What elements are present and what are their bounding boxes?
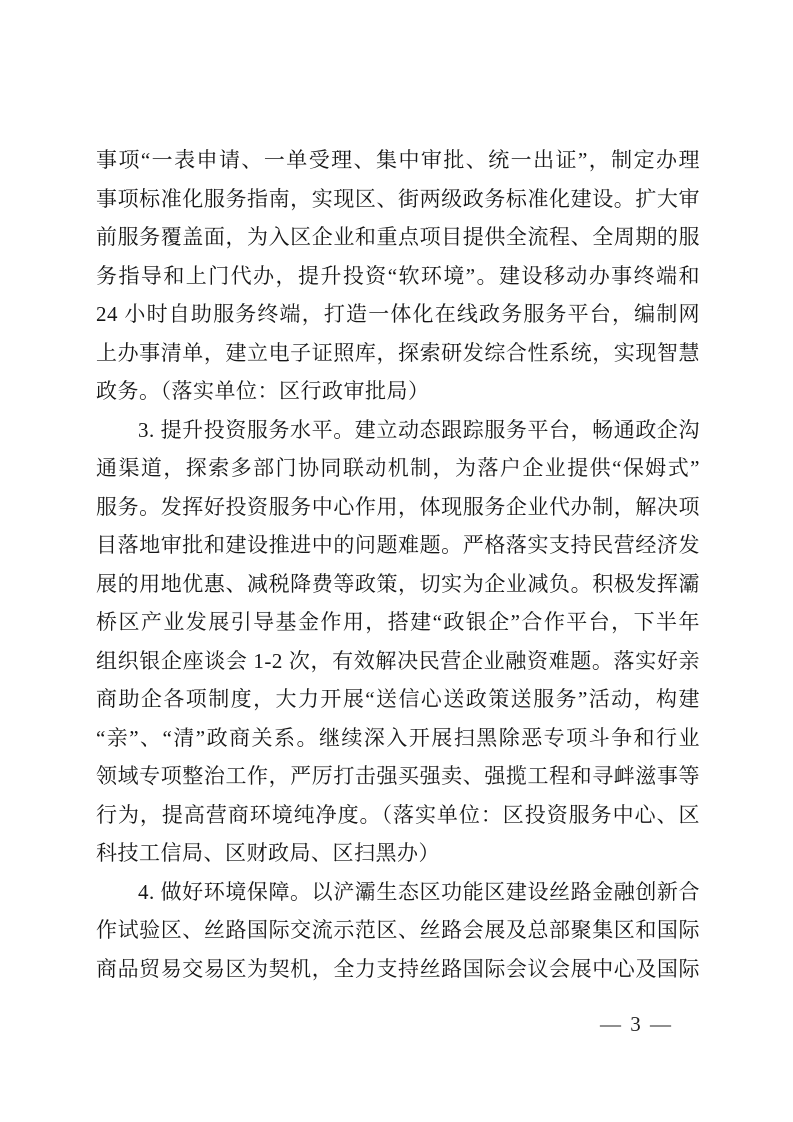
text-line: 务指导和上门代办，提升投资“软环境”。建设移动办事终端和: [96, 257, 700, 296]
text-line: 服务。发挥好投资服务中心作用，体现服务企业代办制，解决项: [96, 488, 700, 527]
text-line: 作试验区、丝路国际交流示范区、丝路会展及总部聚集区和国际: [96, 911, 700, 950]
text-line: 4. 做好环境保障。以浐灞生态区功能区建设丝路金融创新合: [96, 873, 700, 912]
text-line: 事项“一表申请、一单受理、集中审批、统一出证”，制定办理: [96, 141, 700, 180]
text-line: 上办事清单，建立电子证照库，探索研发综合性系统，实现智慧: [96, 334, 700, 373]
text-line: 24 小时自助服务终端，打造一体化在线政务服务平台，编制网: [96, 295, 700, 334]
text-line: 事项标准化服务指南，实现区、街两级政务标准化建设。扩大审: [96, 180, 700, 219]
page-number: — 3 —: [600, 1010, 673, 1038]
text-line: 通渠道，探索多部门协同联动机制，为落户企业提供“保姆式”: [96, 449, 700, 488]
text-line: “亲”、“清”政商关系。继续深入开展扫黑除恶专项斗争和行业: [96, 719, 700, 758]
text-line: 科技工信局、区财政局、区扫黑办）: [96, 834, 700, 873]
text-line: 商助企各项制度，大力开展“送信心送政策送服务”活动，构建: [96, 680, 700, 719]
text-line: 商品贸易交易区为契机，全力支持丝路国际会议会展中心及国际: [96, 950, 700, 989]
text-line: 政务。（落实单位：区行政审批局）: [96, 372, 700, 411]
text-line: 前服务覆盖面，为入区企业和重点项目提供全流程、全周期的服: [96, 218, 700, 257]
document-body: 事项“一表申请、一单受理、集中审批、统一出证”，制定办理事项标准化服务指南，实现…: [96, 141, 700, 988]
text-line: 3. 提升投资服务水平。建立动态跟踪服务平台，畅通政企沟: [96, 411, 700, 450]
text-line: 展的用地优惠、减税降费等政策，切实为企业减负。积极发挥灞: [96, 565, 700, 604]
document-page: 事项“一表申请、一单受理、集中审批、统一出证”，制定办理事项标准化服务指南，实现…: [0, 0, 793, 1122]
text-line: 组织银企座谈会 1-2 次，有效解决民营企业融资难题。落实好亲: [96, 642, 700, 681]
text-line: 领域专项整治工作，严厉打击强买强卖、强揽工程和寻衅滋事等: [96, 757, 700, 796]
text-line: 桥区产业发展引导基金作用，搭建“政银企”合作平台，下半年: [96, 603, 700, 642]
text-line: 目落地审批和建设推进中的问题难题。严格落实支持民营经济发: [96, 526, 700, 565]
text-line: 行为，提高营商环境纯净度。（落实单位：区投资服务中心、区: [96, 796, 700, 835]
